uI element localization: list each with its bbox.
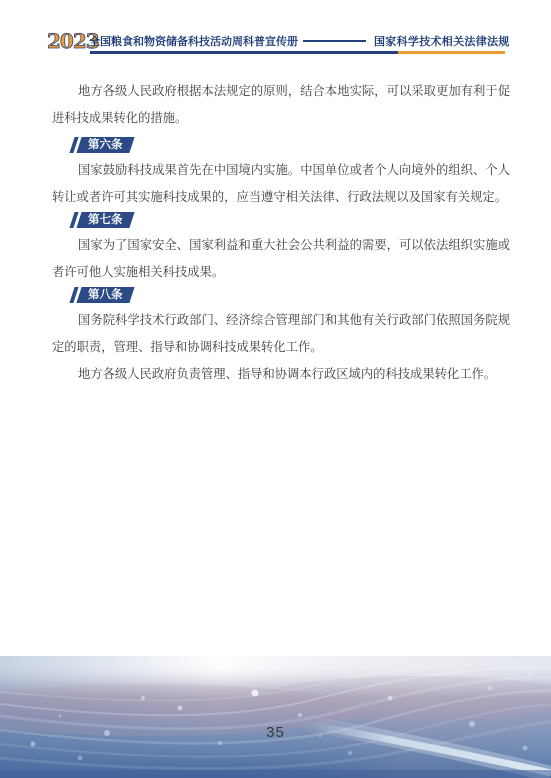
footer-wave-art	[0, 656, 551, 778]
article-8-text-1: 国务院科学技术行政部门、经济综合管理部门和其他有关行政部门依照国务院规定的职责，…	[52, 307, 510, 361]
intro-paragraph: 地方各级人民政府根据本法规定的原则，结合本地实际，可以采取更加有利于促进科技成果…	[52, 78, 510, 132]
article-7-badge: 第七条	[72, 212, 510, 228]
header-underline-navy	[90, 51, 398, 54]
booklet-title: 全国粮食和物资储备科技活动周科普宣传册	[89, 33, 298, 49]
badge-background: 第八条	[76, 287, 134, 303]
page-number: 35	[0, 724, 551, 741]
document-page: 2023 全国粮食和物资储备科技活动周科普宣传册 国家科学技术相关法律法规 地方…	[0, 0, 551, 778]
article-7-text: 国家为了国家安全、国家利益和重大社会公共利益的需要，可以依法组织实施或者许可他人…	[52, 232, 510, 286]
article-8-badge-label: 第八条	[88, 287, 123, 303]
header-underline-orange	[398, 51, 505, 54]
article-8-badge: 第八条	[72, 287, 510, 303]
section-title: 国家科学技术相关法律法规	[374, 33, 510, 49]
article-8: 第八条 国务院科学技术行政部门、经济综合管理部门和其他有关行政部门依照国务院规定…	[52, 287, 510, 388]
header-divider-line	[303, 40, 366, 42]
article-6-text: 国家鼓励科技成果首先在中国境内实施。中国单位或者个人向境外的组织、个人转让或者许…	[52, 157, 510, 211]
header-underline	[90, 51, 505, 54]
article-7-badge-label: 第七条	[88, 212, 123, 228]
article-content: 地方各级人民政府根据本法规定的原则，结合本地实际，可以采取更加有利于促进科技成果…	[52, 78, 510, 388]
article-8-text-2: 地方各级人民政府负责管理、指导和协调本行政区域内的科技成果转化工作。	[52, 361, 510, 388]
article-6: 第六条 国家鼓励科技成果首先在中国境内实施。中国单位或者个人向境外的组织、个人转…	[52, 137, 510, 211]
article-7: 第七条 国家为了国家安全、国家利益和重大社会公共利益的需要，可以依法组织实施或者…	[52, 212, 510, 286]
article-6-badge-label: 第六条	[88, 137, 123, 153]
badge-background: 第六条	[76, 137, 134, 153]
badge-background: 第七条	[76, 212, 134, 228]
article-6-badge: 第六条	[72, 137, 510, 153]
